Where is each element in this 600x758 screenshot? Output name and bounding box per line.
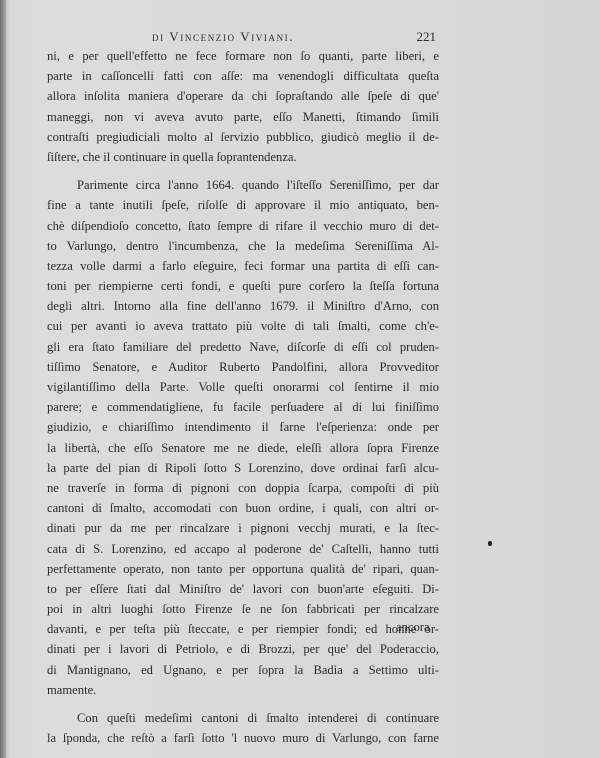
- text-line: ni, e per quell'effetto ne fece formare …: [47, 46, 439, 66]
- text-line: poi in altri luoghi ſotto Firenze ſe ne …: [47, 599, 439, 619]
- text-line: di Mantignano, ed Ugnano, e per ſopra la…: [47, 660, 439, 680]
- text-line: chè diſpendioſo concetto, ſtato ſempre d…: [47, 216, 439, 236]
- text-line: gli era ſtato familiare del predetto Nav…: [47, 337, 439, 357]
- text-line: parte in caſſoncelli fatti con aſſe: ma …: [47, 66, 439, 86]
- text-line: dinati per i lavori di Petriolo, e di Br…: [47, 639, 439, 659]
- paragraph-1: ni, e per quell'effetto ne fece formare …: [47, 46, 439, 167]
- text-line: mamente.: [47, 680, 439, 700]
- book-page: di Vincenzio Viviani. 221 ni, e per quel…: [0, 0, 600, 758]
- text-line: maneggi, non vi aveva avuto parte, eſſo …: [47, 107, 439, 127]
- paragraph-3: Con queſti medeſimi cantoni di ſmalto in…: [47, 708, 439, 748]
- text-line: Parimente circa l'anno 1664. quando l'iſ…: [47, 175, 439, 195]
- text-line: to per eſſere ſtati dal Miniſtro de' lav…: [47, 579, 439, 599]
- text-line: degli altri. Intorno alla fine dell'anno…: [47, 296, 439, 316]
- page-gutter-edge: [0, 0, 6, 758]
- text-line: vigilantiſſimo della Parte. Volle queſti…: [47, 377, 439, 397]
- text-line: parere; e commendatigliene, fu facile pe…: [47, 397, 439, 417]
- running-head: di Vincenzio Viviani.: [152, 29, 294, 45]
- text-line: toni per riempierne certi fondi, e queſt…: [47, 276, 439, 296]
- text-line: perfettamente operato, non tanto per opp…: [47, 559, 439, 579]
- page-header: di Vincenzio Viviani. 221: [152, 29, 436, 45]
- text-line: giudizio, e chiariſſimo intendimento il …: [47, 417, 439, 437]
- text-line: la ſponda, che reſtò a farſi ſotto 'l nu…: [47, 728, 439, 748]
- text-line: allora inſolita maniera d'operare da chi…: [47, 86, 439, 106]
- body-text: ni, e per quell'effetto ne fece formare …: [47, 46, 439, 748]
- text-line: la parte del pian di Ripoli ſotto S Lore…: [47, 458, 439, 478]
- text-line: to Varlungo, dentro l'incumbenza, che la…: [47, 236, 439, 256]
- text-line: cui per avanti io aveva trattato più vol…: [47, 316, 439, 336]
- text-line: fine a tante inutili ſpeſe, riſolſe di a…: [47, 195, 439, 215]
- paragraph-2: Parimente circa l'anno 1664. quando l'iſ…: [47, 175, 439, 700]
- text-line: cantoni di ſmalto, accomodati con buon o…: [47, 498, 439, 518]
- text-line: tiſſimo Senatore, e Auditor Ruberto Pand…: [47, 357, 439, 377]
- text-line: contraſti pregiudiciali molto al ſervizi…: [47, 127, 439, 147]
- text-line: cata di S. Lorenzino, ed accapo al poder…: [47, 539, 439, 559]
- text-line: ne traverſe in forma di pignoni con dopp…: [47, 478, 439, 498]
- text-line: davanti, e per teſta più ſteccate, e per…: [47, 619, 439, 639]
- catchword: ancora: [396, 620, 430, 635]
- text-line: ſiſtere, che il continuare in quella ſop…: [47, 147, 439, 167]
- page-number: 221: [417, 29, 437, 45]
- text-line: dinati pur da me per rincalzare i pignon…: [47, 518, 439, 538]
- text-line: Con queſti medeſimi cantoni di ſmalto in…: [47, 708, 439, 728]
- ink-speck: [488, 541, 492, 546]
- text-line: la libertà, che eſſo Senatore me ne died…: [47, 438, 439, 458]
- text-line: tezza volle darmi a farlo eſeguire, feci…: [47, 256, 439, 276]
